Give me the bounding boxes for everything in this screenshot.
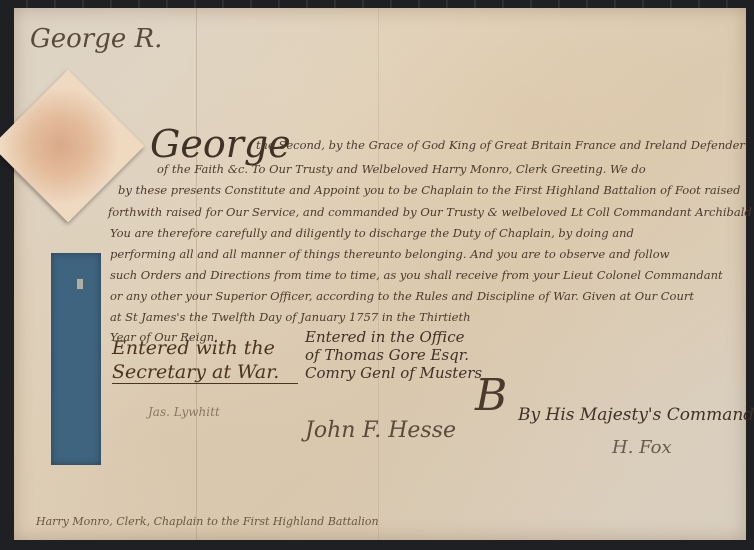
command-line: By His Majesty's Command — [518, 405, 754, 425]
entered-right-line: Comry Genl of Musters — [305, 364, 482, 382]
ribbon-stamp-icon — [77, 279, 83, 289]
flourish-b: B — [475, 370, 507, 421]
body-line: by these presents Constitute and Appoint… — [118, 183, 741, 197]
entered-left-line: Entered with the — [112, 336, 279, 360]
minister-signature: H. Fox — [612, 437, 672, 458]
muster-signature: John F. Hesse — [305, 418, 456, 443]
clerk-signature: Jas. Lywhitt — [148, 405, 220, 419]
frame-edge — [0, 0, 754, 8]
body-line: the Second, by the Grace of God King of … — [256, 138, 745, 152]
underline-rule — [112, 383, 298, 384]
seal-icon — [0, 70, 144, 223]
entered-right-line: of Thomas Gore Esqr. — [305, 346, 482, 364]
body-line: or any other your Superior Officer, acco… — [110, 289, 694, 303]
entered-muster-office: Entered in the Office of Thomas Gore Esq… — [305, 328, 482, 382]
body-line: at St James's the Twelfth Day of January… — [110, 310, 471, 324]
endorsement: Harry Monro, Clerk, Chaplain to the Firs… — [36, 515, 379, 528]
body-line: performing all and all manner of things … — [110, 247, 669, 261]
entered-right-line: Entered in the Office — [305, 328, 482, 346]
body-line: You are therefore carefully and diligent… — [110, 226, 634, 240]
body-line: such Orders and Directions from time to … — [110, 268, 723, 282]
body-line: of the Faith &c. To Our Trusty and Welbe… — [157, 162, 646, 176]
entered-left-line: Secretary at War. — [112, 360, 279, 384]
entered-secretary-at-war: Entered with the Secretary at War. — [112, 336, 279, 384]
blue-ribbon — [51, 253, 101, 465]
body-line: forthwith raised for Our Service, and co… — [108, 205, 754, 219]
